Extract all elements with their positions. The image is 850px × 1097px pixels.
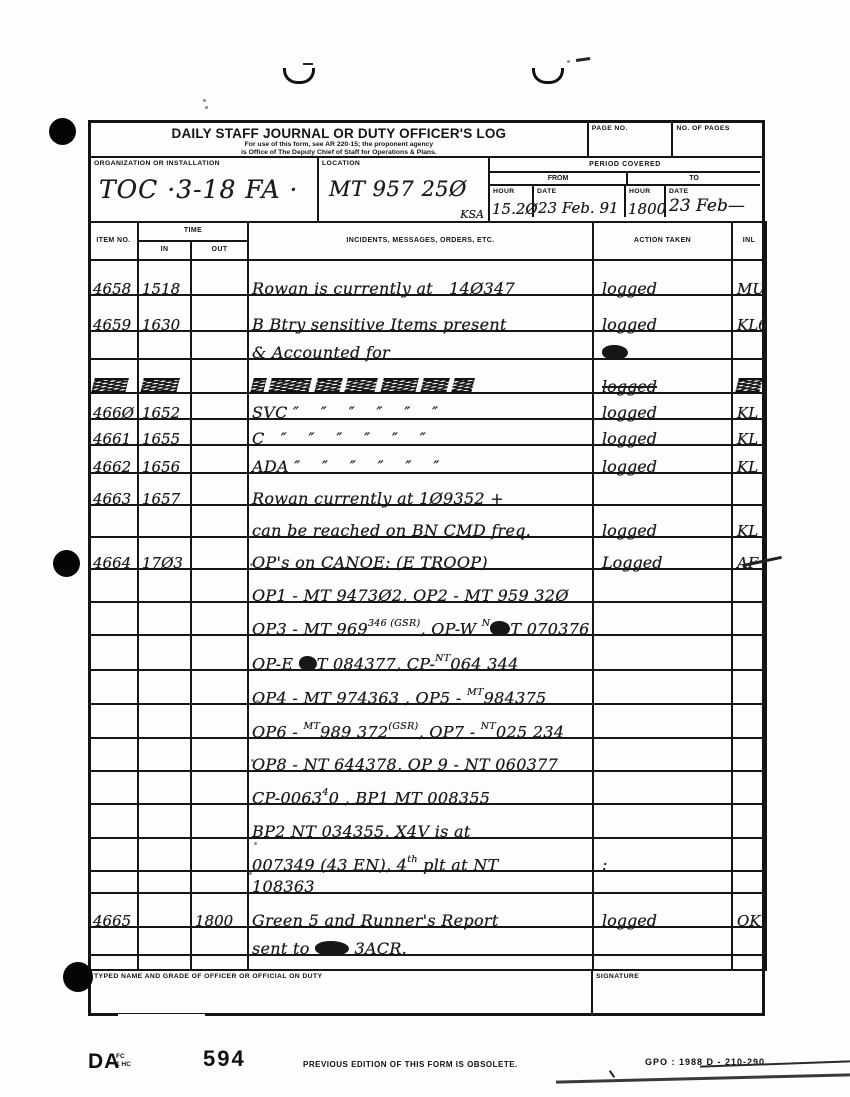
cell-inl: KL: [732, 505, 766, 537]
paste-over-patch: [118, 1014, 205, 1074]
pen-mark-arc: [532, 68, 564, 84]
cell-item: [89, 804, 138, 838]
cell-action: [593, 804, 732, 838]
no-of-pages-label: NO. OF PAGES: [673, 123, 762, 133]
cell-out: [191, 670, 248, 704]
cell-in: 1518: [138, 260, 191, 295]
cell-action: [593, 955, 732, 970]
cell-inl: [732, 331, 766, 359]
cell-inl: [732, 635, 766, 670]
cell-action: [593, 738, 732, 771]
cell-inl: [732, 602, 766, 635]
log-row: [89, 955, 766, 970]
cell-item: 4662: [89, 445, 138, 473]
cell-action: logged: [593, 359, 732, 393]
cell-content: Green 5 and Runner's Report: [248, 893, 593, 927]
cell-content: SVC ″ ″ ″ ″ ″ ″: [248, 393, 593, 419]
cell-action: [593, 569, 732, 602]
log-row: 466417Ø3OP's on CANOE: (E TROOP)LoggedAF: [89, 537, 766, 569]
log-row: OP6 - MT989 372(GSR), OP7 - NT025 234: [89, 704, 766, 738]
location-value: MT 957 25Ø: [329, 177, 488, 201]
cell-in: 1630: [138, 295, 191, 331]
to-hour-label: HOUR: [626, 186, 664, 196]
cell-out: [191, 871, 248, 893]
location-label: LOCATION: [319, 158, 488, 168]
cell-content: Rowan is currently at 14Ø347: [248, 260, 593, 295]
form-header-band: ORGANIZATION OR INSTALLATION TOC ·3-18 F…: [91, 158, 762, 221]
cell-item: [89, 359, 138, 393]
hole-punch-top: [49, 118, 76, 145]
cell-action: [593, 927, 732, 955]
cell-inl: [732, 738, 766, 771]
period-covered-label: PERIOD COVERED: [490, 158, 760, 173]
cell-out: [191, 473, 248, 505]
cell-item: [89, 771, 138, 804]
cell-in: [138, 804, 191, 838]
hole-punch-middle: [53, 550, 80, 577]
cell-inl: [732, 927, 766, 955]
log-row: 46631657Rowan currently at 1Ø9352 +: [89, 473, 766, 505]
cell-inl: [732, 704, 766, 738]
cell-in: [138, 927, 191, 955]
cell-out: [191, 445, 248, 473]
cell-content: CP-006340 , BP1 MT 008355: [248, 771, 593, 804]
cell-in: [138, 893, 191, 927]
cell-action: :: [593, 838, 732, 871]
cell-content: [248, 359, 593, 393]
cell-content: can be reached on BN CMD freq.: [248, 505, 593, 537]
cell-in: 1655: [138, 419, 191, 445]
period-to-label: TO: [628, 173, 760, 184]
cell-content: OP's on CANOE: (E TROOP): [248, 537, 593, 569]
form-number: 594: [203, 1046, 246, 1072]
cell-in: [138, 955, 191, 970]
header-time-in: IN: [138, 241, 191, 260]
cell-out: [191, 505, 248, 537]
cell-item: 4663: [89, 473, 138, 505]
scan-artifact-tick: [609, 1070, 615, 1078]
cell-action: [593, 635, 732, 670]
cell-out: [191, 838, 248, 871]
cell-out: [191, 260, 248, 295]
cell-out: [191, 602, 248, 635]
cell-item: [89, 838, 138, 871]
cell-action: logged: [593, 419, 732, 445]
form-title-band: DAILY STAFF JOURNAL OR DUTY OFFICER'S LO…: [91, 123, 762, 158]
hole-punch-bottom: [63, 962, 93, 992]
cell-content: OP3 - MT 969346 (GSR), OP-W NT 070376: [248, 602, 593, 635]
cell-out: [191, 804, 248, 838]
cell-out: 1800: [191, 893, 248, 927]
cell-item: 4658: [89, 260, 138, 295]
from-date-label: DATE: [534, 186, 624, 196]
cell-out: [191, 771, 248, 804]
typed-name-label: TYPED NAME AND GRADE OF OFFICER OR OFFIC…: [91, 971, 591, 981]
da-form-small-top: FC: [116, 1053, 131, 1061]
log-row: can be reached on BN CMD freq.loggedKL: [89, 505, 766, 537]
cell-out: [191, 359, 248, 393]
from-hour-value: 15.2Ø: [492, 200, 538, 218]
cell-content: OP4 - MT 974363 , OP5 - MT984375: [248, 670, 593, 704]
cell-content: BP2 NT 034355, X4V is at: [248, 804, 593, 838]
log-row: 007349 (43 EN), 4th plt at NT:: [89, 838, 766, 871]
cell-in: 1656: [138, 445, 191, 473]
log-row: 466Ø1652SVC ″ ″ ″ ″ ″ ″loggedKL: [89, 393, 766, 419]
cell-item: 4661: [89, 419, 138, 445]
cell-out: [191, 295, 248, 331]
cell-in: [138, 670, 191, 704]
cell-action: logged: [593, 393, 732, 419]
log-row: 46611655C ″ ″ ″ ″ ″ ″loggedKL: [89, 419, 766, 445]
cell-action: logged: [593, 260, 732, 295]
da-form-small-bottom: 1 HC: [116, 1061, 131, 1069]
cell-item: 4659: [89, 295, 138, 331]
cell-inl: [732, 838, 766, 871]
cell-in: [138, 331, 191, 359]
cell-in: 17Ø3: [138, 537, 191, 569]
header-time: TIME: [138, 222, 248, 241]
log-row: CP-006340 , BP1 MT 008355: [89, 771, 766, 804]
cell-in: [138, 635, 191, 670]
cell-item: [89, 871, 138, 893]
cell-action: [593, 670, 732, 704]
cell-inl: [732, 569, 766, 602]
form-title: DAILY STAFF JOURNAL OR DUTY OFFICER'S LO…: [91, 126, 587, 141]
cell-out: [191, 537, 248, 569]
signature-label: SIGNATURE: [593, 971, 762, 981]
cell-item: [89, 670, 138, 704]
cell-content: 108363: [248, 871, 593, 893]
cell-in: [138, 871, 191, 893]
cell-item: [89, 569, 138, 602]
form-subtitle-line1: For use of this form, see AR 220-15; the…: [91, 141, 587, 149]
cell-in: [138, 505, 191, 537]
log-row: OP4 - MT 974363 , OP5 - MT984375: [89, 670, 766, 704]
log-table-body: 46581518Rowan is currently at 14Ø347logg…: [89, 260, 766, 970]
da-form-1594: DAILY STAFF JOURNAL OR DUTY OFFICER'S LO…: [88, 120, 765, 1016]
from-date-value: 23 Feb. 91: [538, 199, 619, 217]
cell-inl: [732, 955, 766, 970]
cell-item: [89, 331, 138, 359]
obsolete-notice: PREVIOUS EDITION OF THIS FORM IS OBSOLET…: [303, 1060, 518, 1069]
from-hour-label: HOUR: [490, 186, 532, 196]
header-incidents: INCIDENTS, MESSAGES, ORDERS, ETC.: [248, 222, 593, 260]
log-row: 46591630B Btry sensitive Items presentlo…: [89, 295, 766, 331]
cell-out: [191, 393, 248, 419]
cell-inl: [732, 473, 766, 505]
cell-action: [593, 871, 732, 893]
log-table: ITEM NO. TIME INCIDENTS, MESSAGES, ORDER…: [88, 221, 767, 971]
cell-action: [593, 473, 732, 505]
cell-item: [89, 704, 138, 738]
cell-inl: KL6: [732, 295, 766, 331]
cell-content: OP8 - NT 644378, OP 9 - NT 060377: [248, 738, 593, 771]
cell-out: [191, 569, 248, 602]
cell-inl: [732, 670, 766, 704]
form-footer-band: TYPED NAME AND GRADE OF OFFICER OR OFFIC…: [91, 971, 762, 1013]
cell-content: OP6 - MT989 372(GSR), OP7 - NT025 234: [248, 704, 593, 738]
cell-content: C ″ ″ ″ ″ ″ ″: [248, 419, 593, 445]
header-item-no: ITEM NO.: [89, 222, 138, 260]
cell-out: [191, 419, 248, 445]
cell-inl: [732, 871, 766, 893]
location-note: KSA: [460, 208, 484, 221]
cell-inl: KL: [732, 393, 766, 419]
cell-item: 4665: [89, 893, 138, 927]
cell-action: Logged: [593, 537, 732, 569]
log-row: 108363: [89, 871, 766, 893]
cell-inl: [732, 359, 766, 393]
cell-inl: MU: [732, 260, 766, 295]
cell-action: [593, 771, 732, 804]
cell-inl: [732, 771, 766, 804]
cell-in: [138, 738, 191, 771]
cell-action: logged: [593, 295, 732, 331]
log-row: 46651800Green 5 and Runner's Reportlogge…: [89, 893, 766, 927]
cell-action: logged: [593, 505, 732, 537]
cell-item: [89, 635, 138, 670]
scan-artifact-line: [556, 1073, 850, 1083]
cell-inl: KL: [732, 445, 766, 473]
period-from-label: FROM: [490, 173, 628, 184]
cell-content: sent to 3ACR.: [248, 927, 593, 955]
header-time-out: OUT: [191, 241, 248, 260]
log-row: OP-E T 084377, CP-NT064 344: [89, 635, 766, 670]
pen-mark-dash: [576, 57, 590, 61]
cell-content: ADA ″ ″ ″ ″ ″ ″: [248, 445, 593, 473]
cell-in: 1657: [138, 473, 191, 505]
cell-out: [191, 635, 248, 670]
header-inl: INL: [732, 222, 766, 260]
cell-item: [89, 602, 138, 635]
log-row: sent to 3ACR.: [89, 927, 766, 955]
log-row: OP3 - MT 969346 (GSR), OP-W NT 070376: [89, 602, 766, 635]
log-row: & Accounted for: [89, 331, 766, 359]
cell-in: [138, 838, 191, 871]
scanned-document-page: DAILY STAFF JOURNAL OR DUTY OFFICER'S LO…: [0, 0, 850, 1097]
log-row: OP1 - MT 9473Ø2, OP2 - MT 959 32Ø: [89, 569, 766, 602]
cell-out: [191, 927, 248, 955]
cell-action: [593, 602, 732, 635]
log-row: BP2 NT 034355, X4V is at: [89, 804, 766, 838]
cell-content: B Btry sensitive Items present: [248, 295, 593, 331]
cell-action: logged: [593, 893, 732, 927]
cell-item: 4664: [89, 537, 138, 569]
cell-out: [191, 331, 248, 359]
cell-in: 1652: [138, 393, 191, 419]
cell-inl: [732, 804, 766, 838]
cell-action: [593, 704, 732, 738]
cell-content: 007349 (43 EN), 4th plt at NT: [248, 838, 593, 871]
cell-content: OP1 - MT 9473Ø2, OP2 - MT 959 32Ø: [248, 569, 593, 602]
to-date-label: DATE: [666, 186, 758, 196]
organization-value: TOC ·3-18 FA ·: [99, 175, 317, 204]
cell-in: [138, 602, 191, 635]
cell-in: [138, 771, 191, 804]
pen-mark-dash: [303, 63, 313, 65]
log-row: logged: [89, 359, 766, 393]
cell-out: [191, 738, 248, 771]
cell-item: [89, 505, 138, 537]
log-row: 46581518Rowan is currently at 14Ø347logg…: [89, 260, 766, 295]
to-hour-value: 1800: [628, 200, 666, 218]
cell-item: [89, 927, 138, 955]
cell-in: [138, 569, 191, 602]
log-row: OP8 - NT 644378, OP 9 - NT 060377: [89, 738, 766, 771]
cell-out: [191, 704, 248, 738]
log-row: 46621656ADA ″ ″ ″ ″ ″ ″loggedKL: [89, 445, 766, 473]
form-subtitle-line2: is Office of The Deputy Chief of Staff f…: [91, 149, 587, 157]
cell-out: [191, 955, 248, 970]
to-date-value: 23 Feb—: [669, 196, 745, 216]
organization-label: ORGANIZATION OR INSTALLATION: [91, 158, 317, 168]
cell-inl: KL: [732, 419, 766, 445]
cell-content: OP-E T 084377, CP-NT064 344: [248, 635, 593, 670]
cell-item: [89, 738, 138, 771]
cell-in: [138, 704, 191, 738]
pen-mark-arc: [283, 68, 315, 84]
cell-in: [138, 359, 191, 393]
header-action-taken: ACTION TAKEN: [593, 222, 732, 260]
cell-action: [593, 331, 732, 359]
page-no-label: PAGE NO.: [589, 123, 672, 133]
cell-item: [89, 955, 138, 970]
cell-action: logged: [593, 445, 732, 473]
cell-inl: OK: [732, 893, 766, 927]
cell-content: Rowan currently at 1Ø9352 +: [248, 473, 593, 505]
cell-item: 466Ø: [89, 393, 138, 419]
cell-content: & Accounted for: [248, 331, 593, 359]
